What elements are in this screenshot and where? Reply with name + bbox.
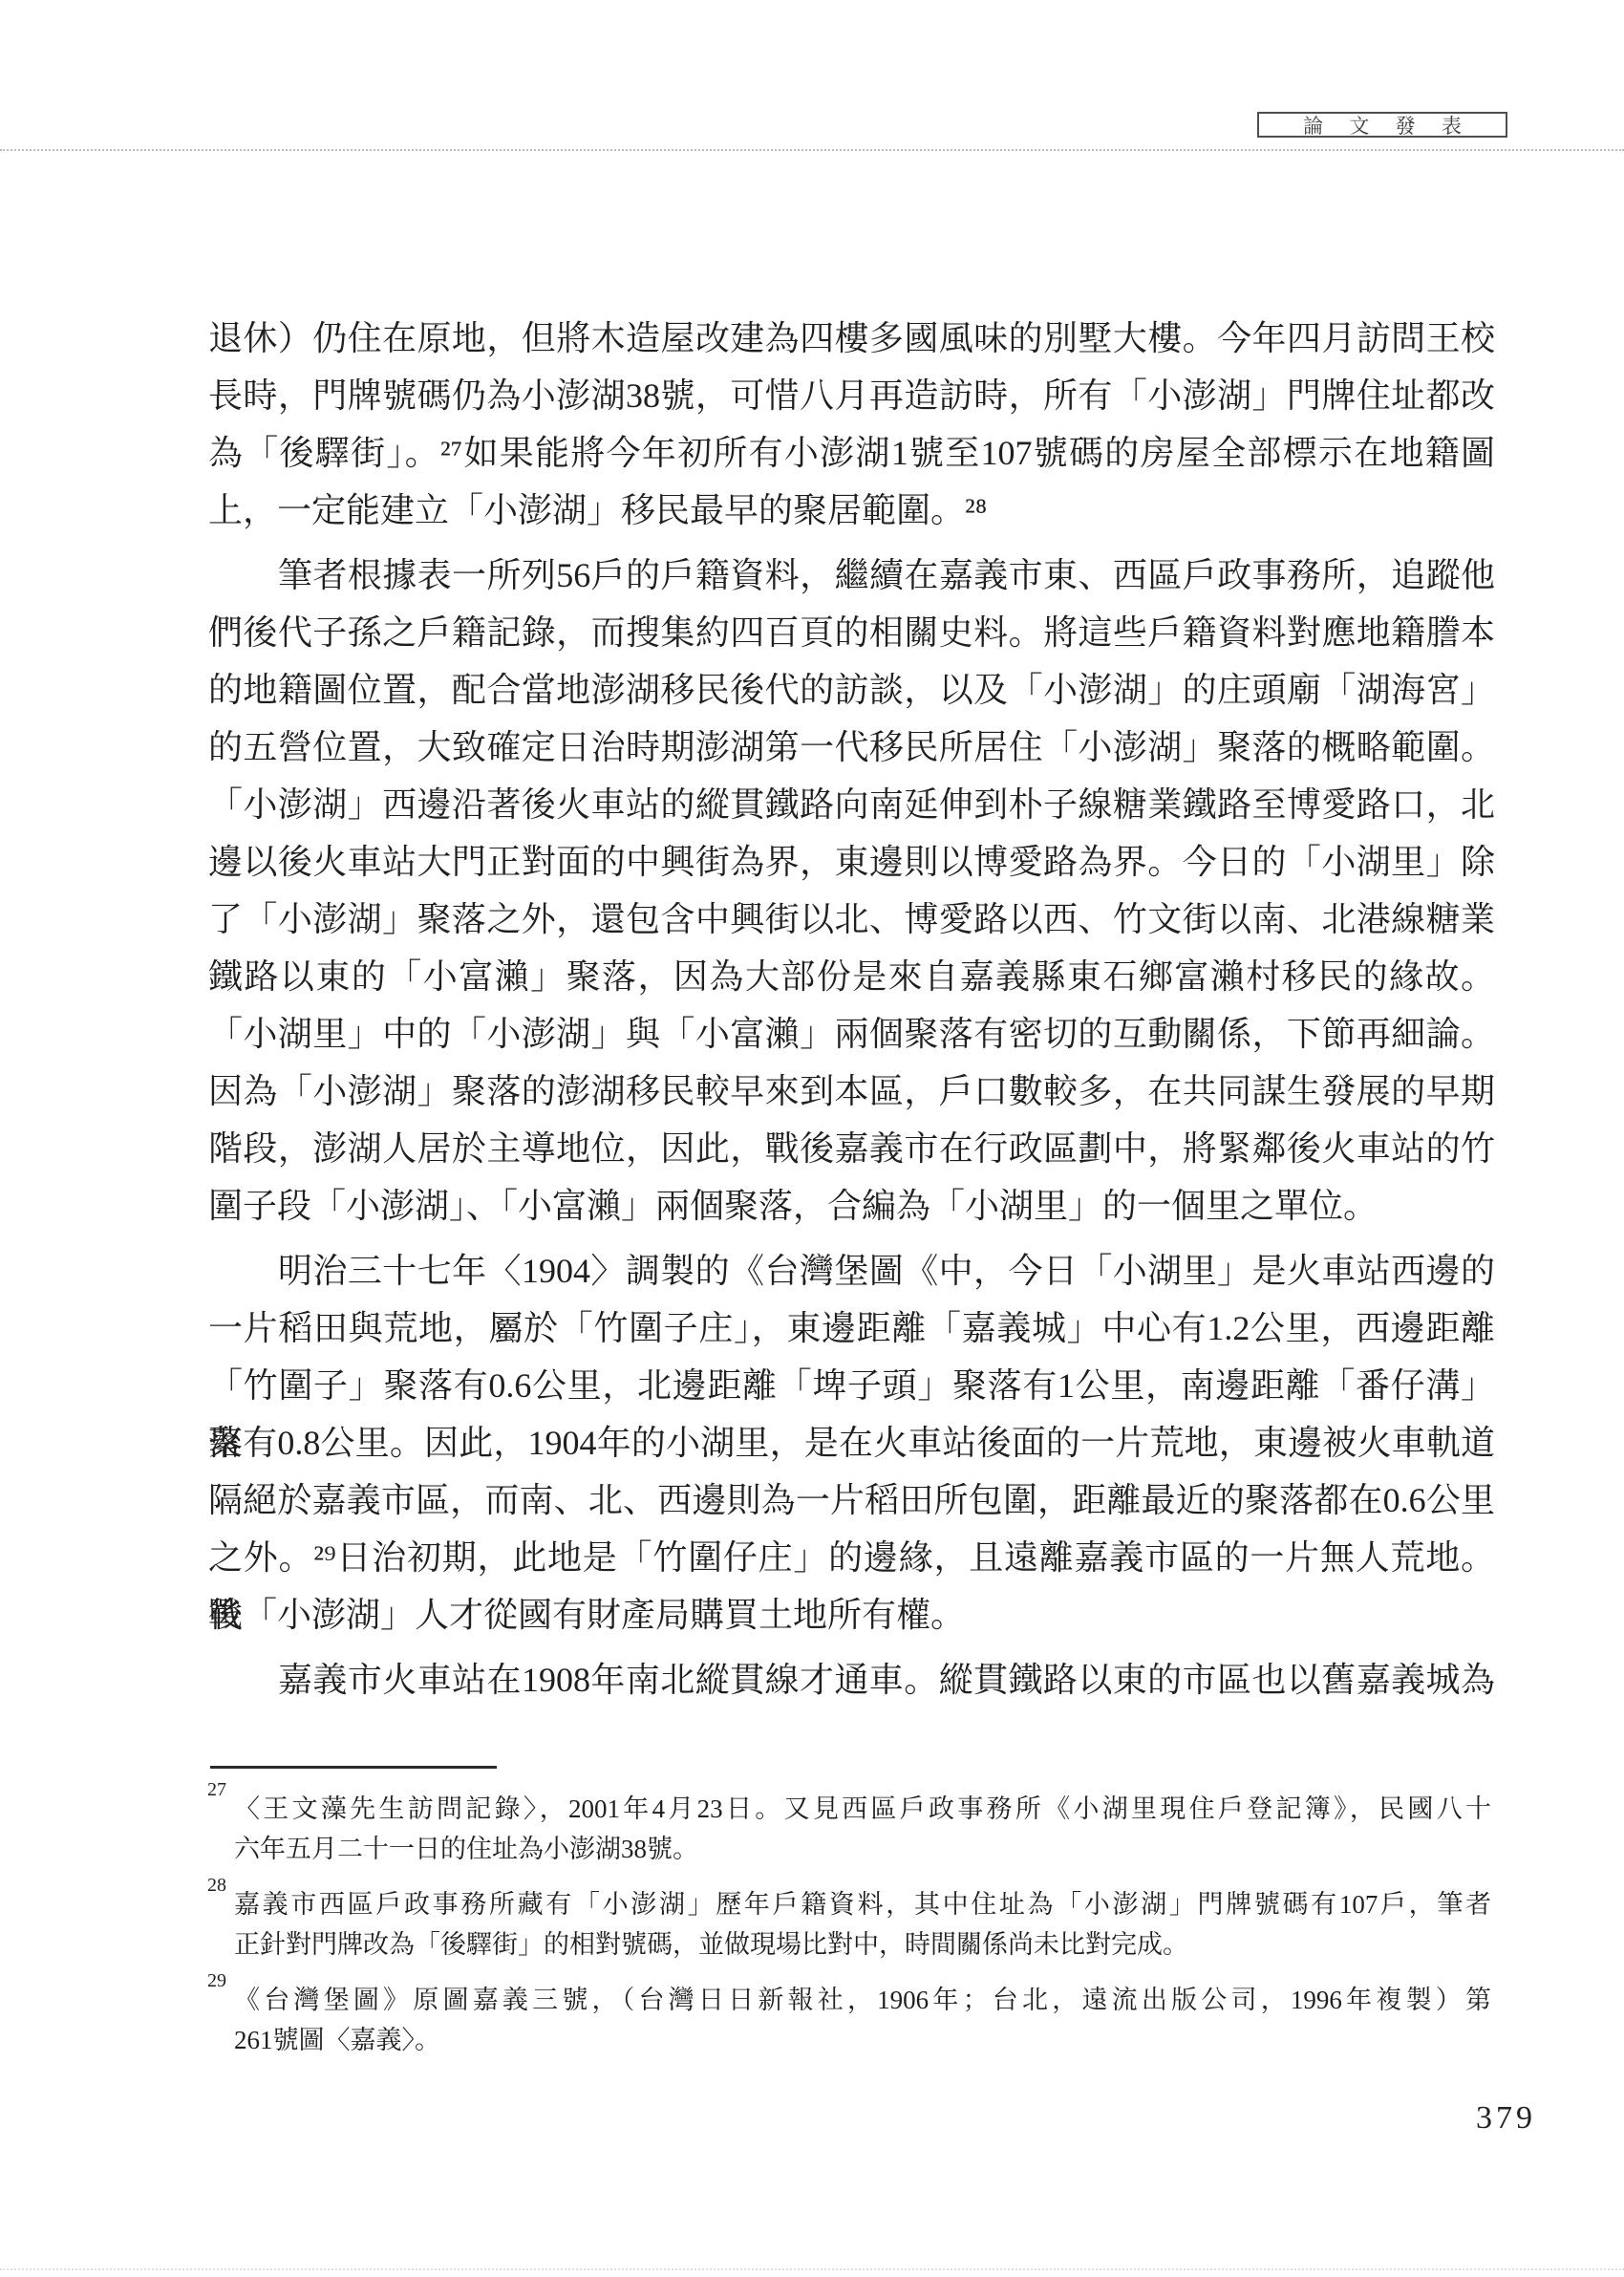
footnote-line: 嘉義市西區戶政事務所藏有「小澎湖」歷年戶籍資料，其中住址為「小澎湖」門牌號碼有1… [234, 1884, 1491, 1924]
text-line: 隔絕於嘉義市區，而南、北、西邊則為一片稻田所包圍，距離最近的聚落都在0.6公里 [208, 1471, 1495, 1529]
text-line: 因為「小澎湖」聚落的澎湖移民較早來到本區，戶口數較多，在共同謀生發展的早期 [208, 1063, 1495, 1120]
text-line: 上，一定能建立「小澎湖」移民最早的聚居範圍。²⁸ [208, 482, 1495, 539]
text-line: 後「小澎湖」人才從國有財產局購買土地所有權。 [208, 1586, 1495, 1643]
running-head-box: 論 文 發 表 [1257, 112, 1507, 138]
text-line: 「小澎湖」西邊沿著後火車站的縱貫鐵路向南延伸到朴子線糖業鐵路至博愛路口，北 [208, 776, 1495, 833]
text-line: 退休）仍住在原地，但將木造屋改建為四樓多國風味的別墅大樓。今年四月訪問王校 [208, 310, 1495, 367]
text-line: 嘉義市火車站在1908年南北縱貫線才通車。縱貫鐵路以東的市區也以舊嘉義城為 [208, 1651, 1495, 1708]
footnote-27: 27 〈王文藻先生訪問記錄〉，2001年4月23日。又見西區戶政事務所《小湖里現… [234, 1789, 1491, 1869]
text-line: 的五營位置，大致確定日治時期澎湖第一代移民所居住「小澎湖」聚落的概略範圍。 [208, 719, 1495, 776]
document-page: 論 文 發 表 退休）仍住在原地，但將木造屋改建為四樓多國風味的別墅大樓。今年四… [0, 0, 1624, 2277]
text-line: 之外。²⁹日治初期，此地是「竹圍仔庄」的邊緣，且遠離嘉義市區的一片無人荒地。戰 [208, 1529, 1495, 1586]
text-line: 筆者根據表一所列56戶的戶籍資料，繼續在嘉義市東、西區戶政事務所，追蹤他 [208, 547, 1495, 604]
text-line: 長時，門牌號碼仍為小澎湖38號，可惜八月再造訪時，所有「小澎湖」門牌住址都改 [208, 367, 1495, 424]
paragraph: 明治三十七年〈1904〉調製的《台灣堡圖《中，今日「小湖里」是火車站西邊的 一片… [208, 1242, 1495, 1643]
paragraph: 筆者根據表一所列56戶的戶籍資料，繼續在嘉義市東、西區戶政事務所，追蹤他 們後代… [208, 547, 1495, 1235]
footnote-marker: 29 [207, 1970, 226, 1992]
text-line: 為「後驛街」。²⁷如果能將今年初所有小澎湖1號至107號碼的房屋全部標示在地籍圖 [208, 424, 1495, 482]
page-number: 379 [1476, 2100, 1536, 2137]
text-line: 「竹圍子」聚落有0.6公里，北邊距離「埤子頭」聚落有1公里，南邊距離「番仔溝」聚 [208, 1357, 1495, 1414]
footnote-marker: 27 [207, 1779, 226, 1801]
text-line: 們後代子孫之戶籍記錄，而搜集約四百頁的相關史料。將這些戶籍資料對應地籍謄本 [208, 604, 1495, 661]
paragraph: 嘉義市火車站在1908年南北縱貫線才通車。縱貫鐵路以東的市區也以舊嘉義城為 [208, 1651, 1495, 1708]
footnote-28: 28 嘉義市西區戶政事務所藏有「小澎湖」歷年戶籍資料，其中住址為「小澎湖」門牌號… [234, 1884, 1491, 1965]
footer-dotted-rule [0, 2268, 1624, 2270]
text-line: 鐵路以東的「小富瀨」聚落，因為大部份是來自嘉義縣東石鄉富瀨村移民的緣故。 [208, 948, 1495, 1005]
text-line: 圍子段「小澎湖」、「小富瀨」兩個聚落，合編為「小湖里」的一個里之單位。 [208, 1177, 1495, 1235]
footnote-line: 〈王文藻先生訪問記錄〉，2001年4月23日。又見西區戶政事務所《小湖里現住戶登… [234, 1789, 1491, 1829]
text-line: 一片稻田與荒地，屬於「竹圍子庄」，東邊距離「嘉義城」中心有1.2公里，西邊距離 [208, 1300, 1495, 1357]
footnote-separator-rule [210, 1766, 497, 1769]
text-line: 「小湖里」中的「小澎湖」與「小富瀨」兩個聚落有密切的互動關係，下節再細論。 [208, 1005, 1495, 1063]
footnote-29: 29 《台灣堡圖》原圖嘉義三號，（台灣日日新報社，1906年；台北，遠流出版公司… [234, 1980, 1491, 2060]
footnote-line: 正針對門牌改為「後驛街」的相對號碼，並做現場比對中，時間關係尚未比對完成。 [234, 1924, 1491, 1965]
text-line: 明治三十七年〈1904〉調製的《台灣堡圖《中，今日「小湖里」是火車站西邊的 [208, 1242, 1495, 1300]
text-line: 了「小澎湖」聚落之外，還包含中興街以北、博愛路以西、竹文街以南、北港線糖業 [208, 891, 1495, 948]
header-dotted-rule [0, 149, 1624, 151]
footnote-line: 261號圖〈嘉義〉。 [234, 2020, 1491, 2060]
footnote-line: 六年五月二十一日的住址為小澎湖38號。 [234, 1829, 1491, 1869]
text-line: 落有0.8公里。因此，1904年的小湖里，是在火車站後面的一片荒地，東邊被火車軌… [208, 1414, 1495, 1471]
footnote-marker: 28 [207, 1875, 226, 1897]
main-text-block: 退休）仍住在原地，但將木造屋改建為四樓多國風味的別墅大樓。今年四月訪問王校 長時… [208, 310, 1495, 1708]
text-line: 邊以後火車站大門正對面的中興街為界，東邊則以博愛路為界。今日的「小湖里」除 [208, 833, 1495, 891]
paragraph: 退休）仍住在原地，但將木造屋改建為四樓多國風味的別墅大樓。今年四月訪問王校 長時… [208, 310, 1495, 539]
footnote-line: 《台灣堡圖》原圖嘉義三號，（台灣日日新報社，1906年；台北，遠流出版公司，19… [234, 1980, 1491, 2020]
running-head-label: 論 文 發 表 [1293, 111, 1472, 140]
text-line: 階段，澎湖人居於主導地位，因此，戰後嘉義市在行政區劃中，將緊鄰後火車站的竹 [208, 1120, 1495, 1177]
text-line: 的地籍圖位置，配合當地澎湖移民後代的訪談，以及「小澎湖」的庄頭廟「湖海宮」 [208, 661, 1495, 719]
footnotes-block: 27 〈王文藻先生訪問記錄〉，2001年4月23日。又見西區戶政事務所《小湖里現… [234, 1789, 1491, 2075]
